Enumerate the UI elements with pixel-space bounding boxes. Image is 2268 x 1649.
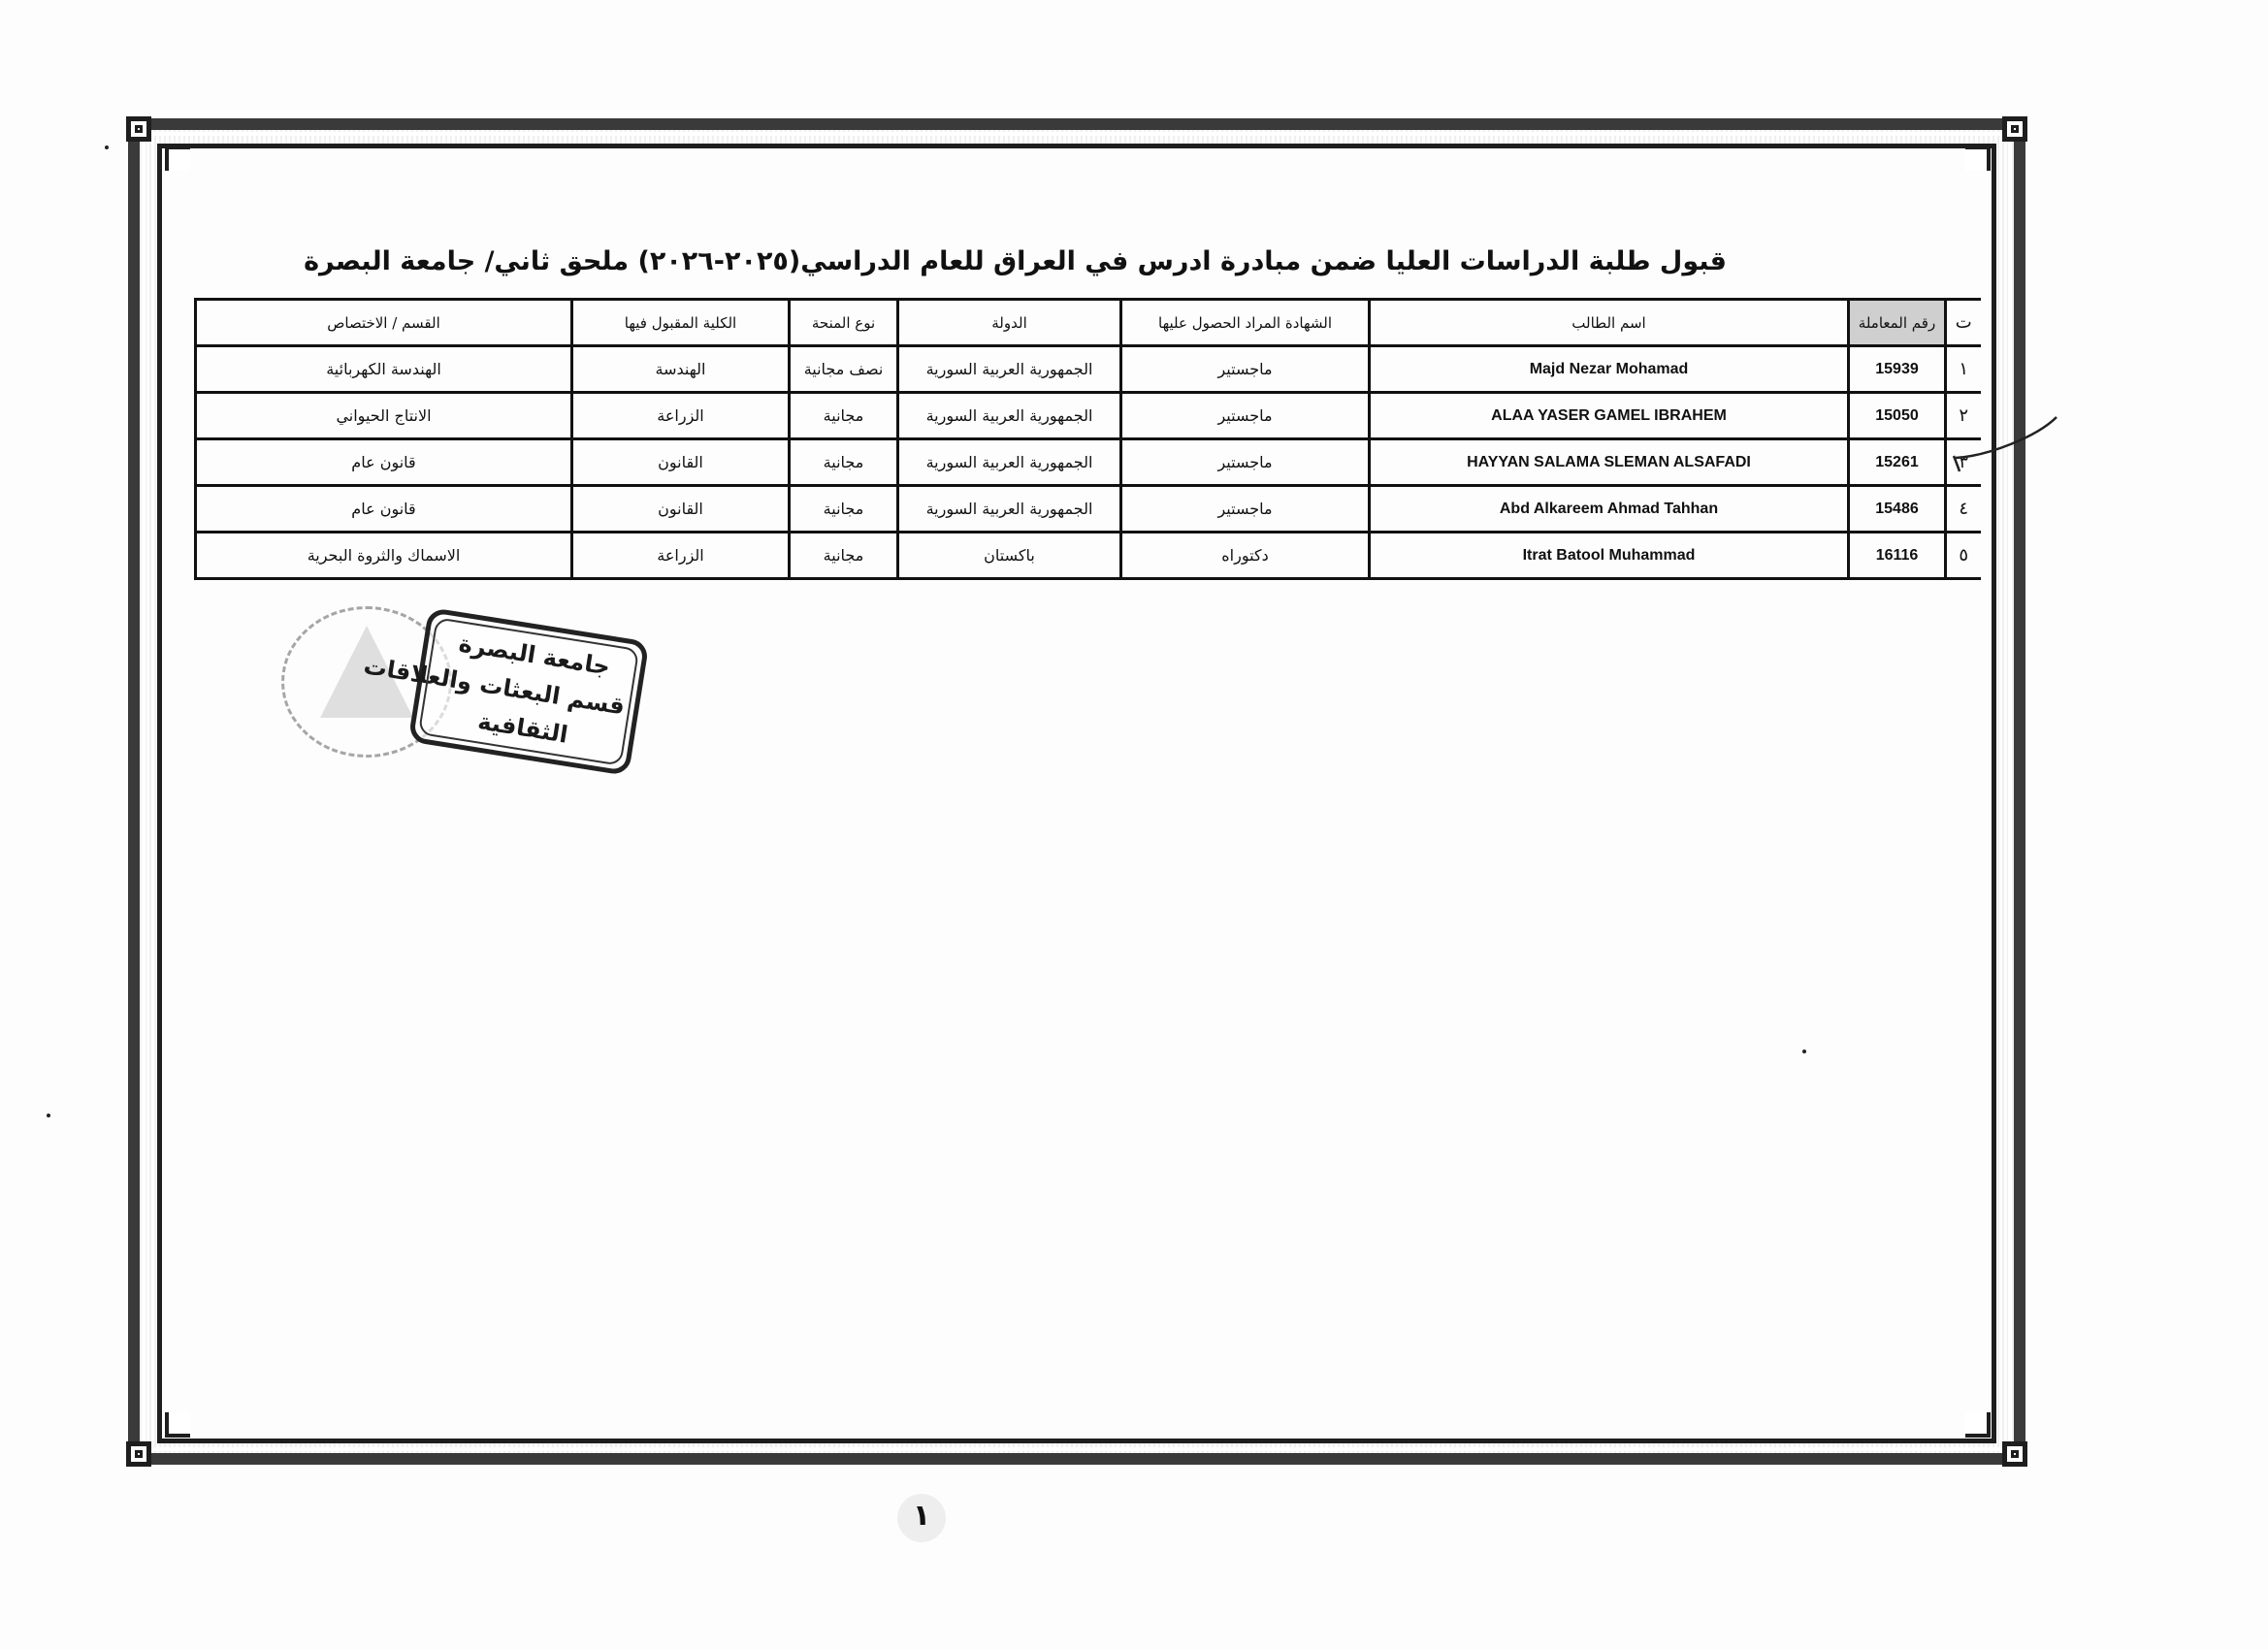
cell-country: الجمهورية العربية السورية	[898, 393, 1121, 439]
frame-corner-ornament	[2002, 116, 2027, 142]
cell-department: قانون عام	[196, 439, 572, 486]
header-scholarship-type: نوع المنحة	[790, 300, 898, 346]
cell-transaction-no: 15939	[1849, 346, 1946, 393]
scan-speck	[47, 1114, 50, 1117]
scan-speck	[1802, 1050, 1806, 1053]
cell-seq: ١	[1946, 346, 1981, 393]
header-department: القسم / الاختصاص	[196, 300, 572, 346]
cell-scholarship-type: مجانية	[790, 486, 898, 533]
cell-department: الانتاج الحيواني	[196, 393, 572, 439]
admissions-table-container: ت رقم المعاملة اسم الطالب الشهادة المراد…	[194, 298, 1979, 580]
cell-department: الهندسة الكهربائية	[196, 346, 572, 393]
stamp-text-box: جامعة البصرة قسم البعثات والعلاقات الثقا…	[407, 607, 649, 776]
page-number: ١	[897, 1494, 946, 1542]
stamp-line-cultural: الثقافية	[424, 695, 621, 761]
cell-scholarship-type: مجانية	[790, 533, 898, 579]
table-row: ٢ 15050 ALAA YASER GAMEL IBRAHEM ماجستير…	[196, 393, 1981, 439]
cell-college: القانون	[572, 439, 790, 486]
cell-student-name: Majd Nezar Mohamad	[1370, 346, 1849, 393]
handwritten-check-mark-icon	[1950, 388, 2086, 475]
cell-transaction-no: 15050	[1849, 393, 1946, 439]
header-degree: الشهادة المراد الحصول عليها	[1121, 300, 1370, 346]
cell-transaction-no: 16116	[1849, 533, 1946, 579]
cell-seq: ٤	[1946, 486, 1981, 533]
official-stamp: جامعة البصرة قسم البعثات والعلاقات الثقا…	[281, 597, 669, 810]
table-row: ١ 15939 Majd Nezar Mohamad ماجستير الجمه…	[196, 346, 1981, 393]
frame-corner-notch	[1965, 1412, 1991, 1438]
cell-degree: ماجستير	[1121, 393, 1370, 439]
header-country: الدولة	[898, 300, 1121, 346]
cell-transaction-no: 15486	[1849, 486, 1946, 533]
cell-department: الاسماك والثروة البحرية	[196, 533, 572, 579]
cell-degree: ماجستير	[1121, 346, 1370, 393]
table-header-row: ت رقم المعاملة اسم الطالب الشهادة المراد…	[196, 300, 1981, 346]
header-college: الكلية المقبول فيها	[572, 300, 790, 346]
cell-degree: ماجستير	[1121, 439, 1370, 486]
frame-corner-notch	[165, 145, 190, 171]
header-seq: ت	[1946, 300, 1981, 346]
frame-corner-ornament	[126, 1441, 151, 1467]
scan-speck	[105, 145, 109, 149]
cell-transaction-no: 15261	[1849, 439, 1946, 486]
cell-department: قانون عام	[196, 486, 572, 533]
table-row: ٤ 15486 Abd Alkareem Ahmad Tahhan ماجستي…	[196, 486, 1981, 533]
cell-student-name: HAYYAN SALAMA SLEMAN ALSAFADI	[1370, 439, 1849, 486]
cell-country: الجمهورية العربية السورية	[898, 346, 1121, 393]
cell-degree: ماجستير	[1121, 486, 1370, 533]
cell-college: القانون	[572, 486, 790, 533]
cell-scholarship-type: مجانية	[790, 439, 898, 486]
frame-corner-ornament	[126, 116, 151, 142]
table-row: ٥ 16116 Itrat Batool Muhammad دكتوراه با…	[196, 533, 1981, 579]
cell-student-name: Abd Alkareem Ahmad Tahhan	[1370, 486, 1849, 533]
admissions-table: ت رقم المعاملة اسم الطالب الشهادة المراد…	[194, 298, 1981, 580]
frame-corner-notch	[165, 1412, 190, 1438]
cell-college: الهندسة	[572, 346, 790, 393]
cell-seq: ٥	[1946, 533, 1981, 579]
table-row: ٣ 15261 HAYYAN SALAMA SLEMAN ALSAFADI ما…	[196, 439, 1981, 486]
cell-country: باكستان	[898, 533, 1121, 579]
cell-college: الزراعة	[572, 393, 790, 439]
header-student-name: اسم الطالب	[1370, 300, 1849, 346]
cell-scholarship-type: مجانية	[790, 393, 898, 439]
cell-student-name: ALAA YASER GAMEL IBRAHEM	[1370, 393, 1849, 439]
cell-degree: دكتوراه	[1121, 533, 1370, 579]
header-transaction-no: رقم المعاملة	[1849, 300, 1946, 346]
stamp-line-department: قسم البعثات والعلاقات	[430, 659, 627, 726]
frame-corner-notch	[1965, 145, 1991, 171]
cell-scholarship-type: نصف مجانية	[790, 346, 898, 393]
scanned-document-page: قبول طلبة الدراسات العليا ضمن مبادرة ادر…	[0, 0, 2268, 1649]
cell-country: الجمهورية العربية السورية	[898, 439, 1121, 486]
cell-student-name: Itrat Batool Muhammad	[1370, 533, 1849, 579]
document-title: قبول طلبة الدراسات العليا ضمن مبادرة ادر…	[466, 242, 1727, 281]
cell-country: الجمهورية العربية السورية	[898, 486, 1121, 533]
cell-college: الزراعة	[572, 533, 790, 579]
stamp-line-university: جامعة البصرة	[436, 622, 632, 689]
frame-corner-ornament	[2002, 1441, 2027, 1467]
